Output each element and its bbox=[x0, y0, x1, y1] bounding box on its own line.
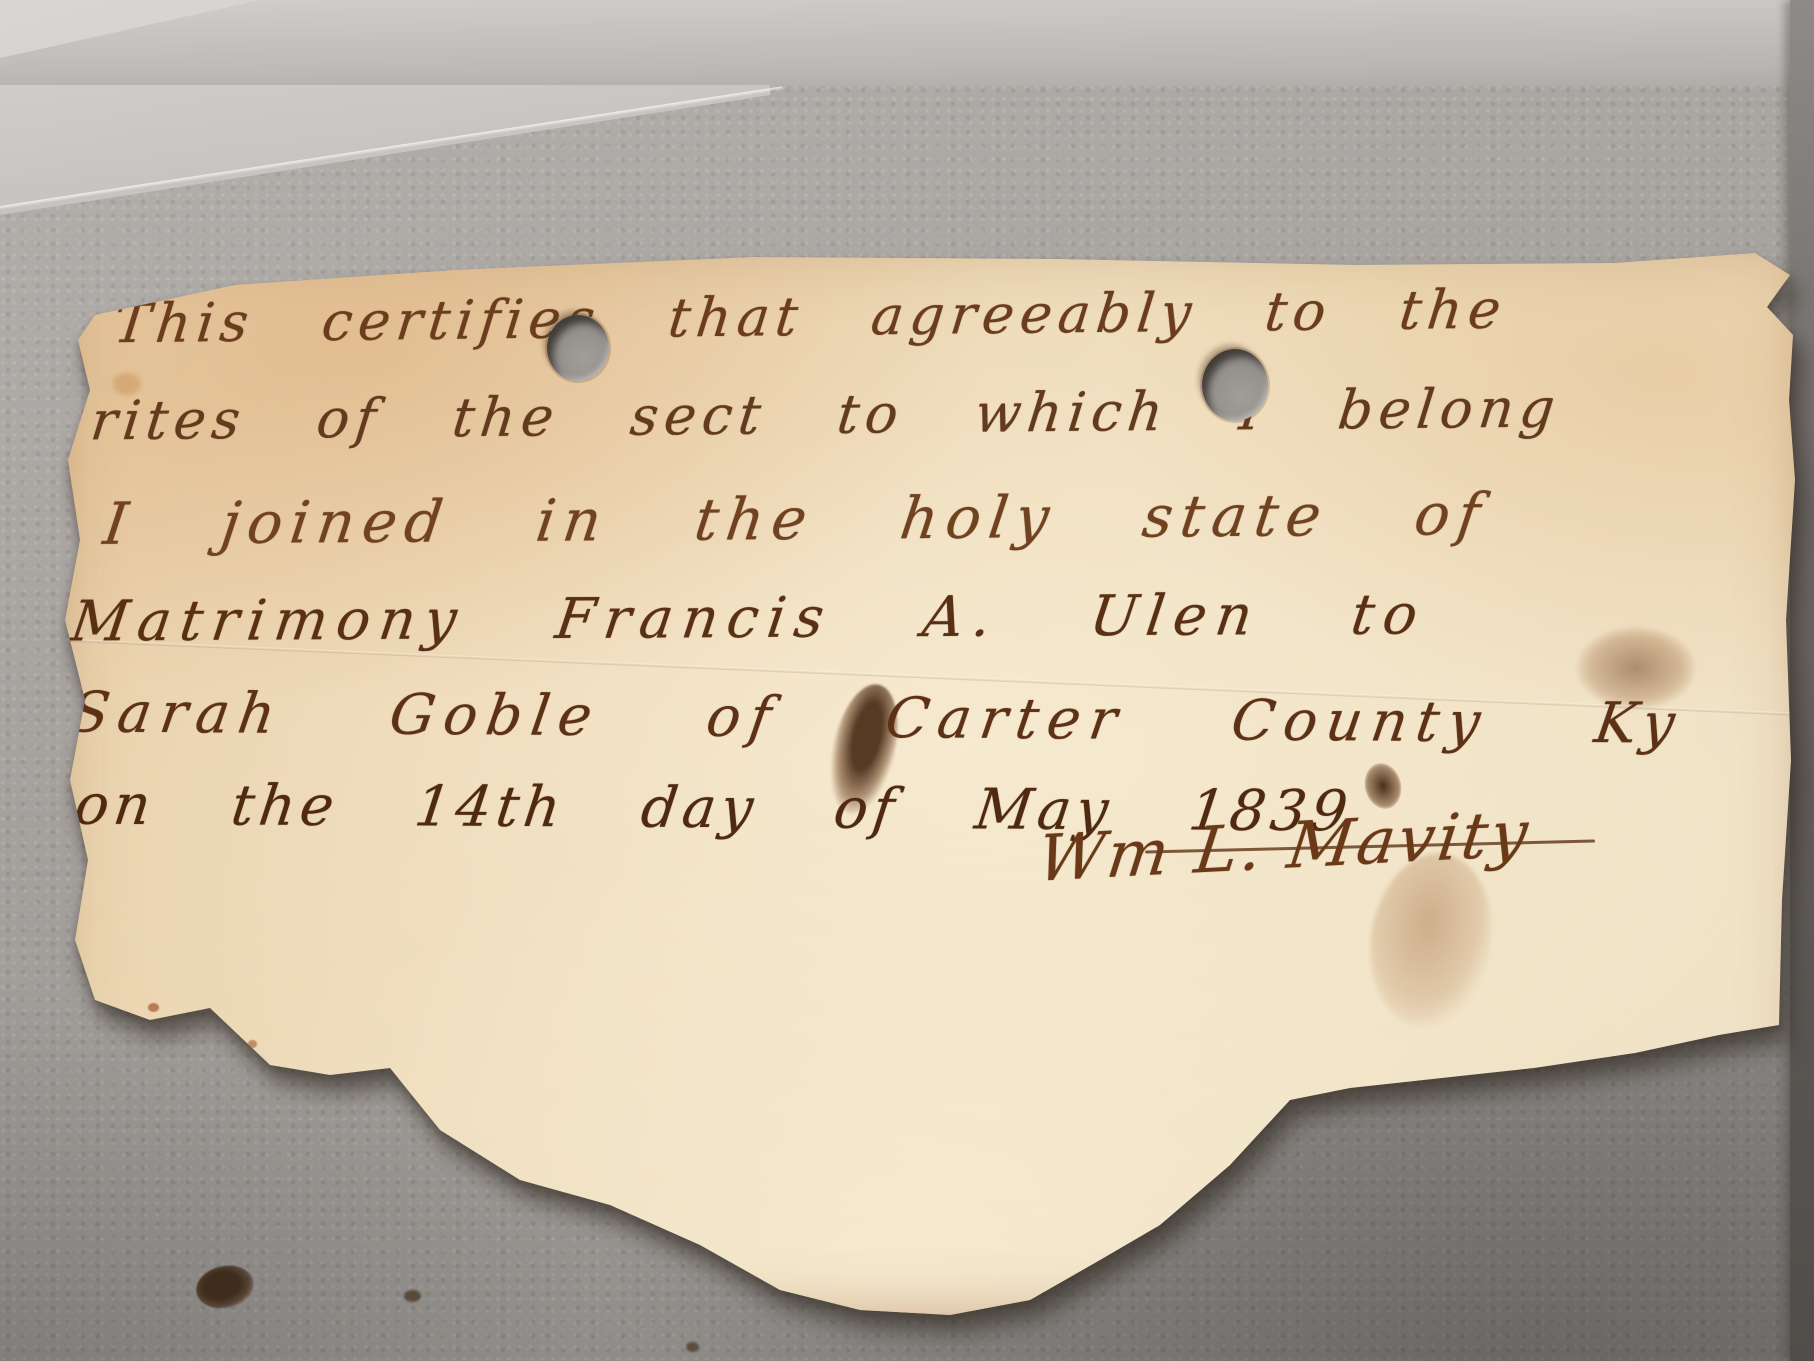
torn-paper: This certifies that agreeably to the rit… bbox=[55, 245, 1805, 1325]
handwriting-line-2: rites of the sect to which I belong bbox=[88, 377, 1564, 453]
punch-hole-left bbox=[547, 315, 609, 381]
rust-speck bbox=[148, 1003, 159, 1012]
punch-hole-right bbox=[1202, 349, 1268, 421]
rust-speck bbox=[248, 1040, 257, 1048]
paper-shadow: This certifies that agreeably to the rit… bbox=[55, 245, 1805, 1325]
handwriting-line-5: Sarah Goble of Carter County Ky bbox=[66, 680, 1688, 756]
ink-mark bbox=[100, 273, 114, 300]
surface-stain-speck bbox=[686, 1342, 699, 1352]
handwriting-line-4: Matrimony Francis A. Ulen to bbox=[67, 582, 1430, 654]
photograph: This certifies that agreeably to the rit… bbox=[0, 0, 1814, 1361]
rust-speck bbox=[198, 1028, 208, 1036]
handwriting-line-3: I joined in the holy state of bbox=[100, 480, 1492, 558]
handwriting-line-1: This certifies that agreeably to the bbox=[111, 278, 1510, 356]
